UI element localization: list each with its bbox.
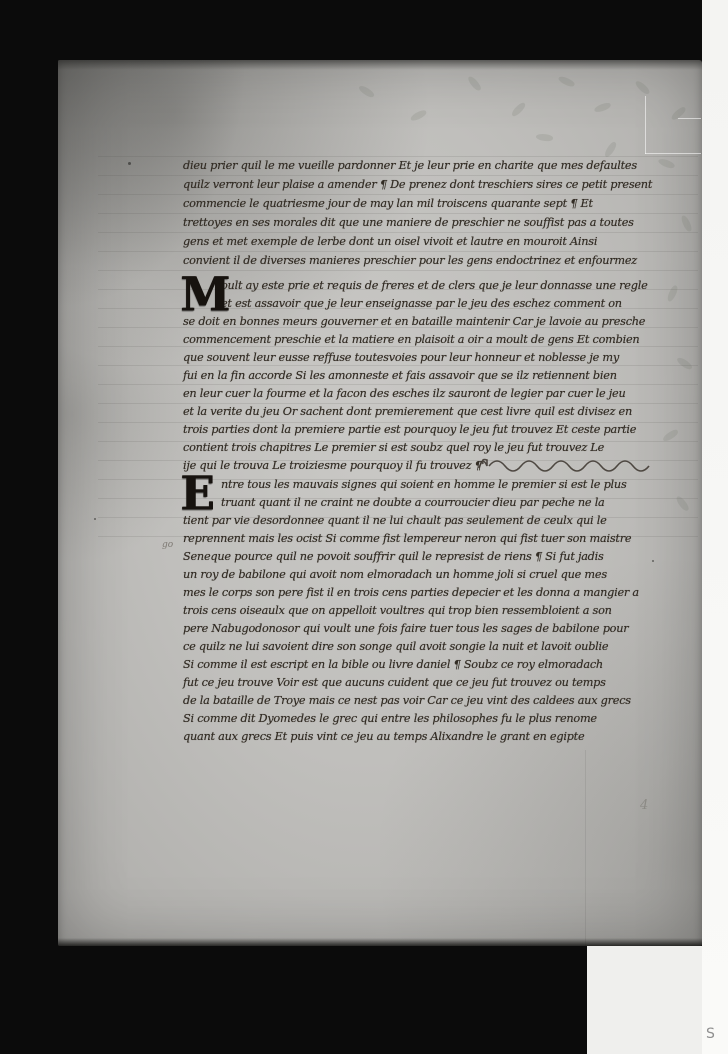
manuscript-line: commencement preschie et la matiere en p… — [183, 331, 688, 349]
manuscript-line: un roy de babilone qui avoit nom elmorad… — [183, 566, 688, 584]
manuscript-line: Seneque pource quil ne povoit souffrir q… — [183, 548, 688, 566]
manuscript-line: trois parties dont la premiere partie es… — [183, 421, 688, 439]
manuscript-line: ce quilz ne lui savoient dire son songe … — [183, 638, 688, 656]
manuscript-line: reprennent mais les ocist Si comme fist … — [183, 530, 688, 548]
fold-line — [585, 750, 586, 946]
manuscript-line: Si comme il est escript en la bible ou l… — [183, 656, 688, 674]
manuscript-line: ntre tous les mauvais signes qui soient … — [183, 476, 688, 494]
manuscript-line: que souvent leur eusse reffuse toutesvoi… — [183, 349, 688, 367]
ink-speck — [128, 162, 131, 165]
manuscript-line: quilz verront leur plaise a amender ¶ De… — [183, 175, 688, 194]
manuscript-line: dieu prier quil le me vueille pardonner … — [183, 156, 688, 175]
manuscript-line: Si comme dit Dyomedes le grec qui entre … — [183, 710, 688, 728]
manuscript-line: oult ay este prie et requis de freres et… — [183, 277, 688, 295]
line-filler-flourish — [475, 458, 663, 472]
manuscript-line: se doit en bonnes meurs gouverner et en … — [183, 313, 688, 331]
manuscript-line: de la bataille de Troye mais ce nest pas… — [183, 692, 688, 710]
corner-letter: S — [706, 1026, 715, 1042]
folio-number: 4 — [640, 798, 648, 813]
leaf-mark — [557, 74, 575, 89]
leaf-mark — [409, 109, 427, 122]
manuscript-line: tient par vie desordonnee quant il ne lu… — [183, 512, 688, 530]
manuscript-line: gens et met exemple de lerbe dont un ois… — [183, 232, 688, 251]
manuscript-line: pere Nabugodonosor qui voult une fois fa… — [183, 620, 688, 638]
manuscript-line: fui en la fin accorde Si les amonneste e… — [183, 367, 688, 385]
leaf-mark — [467, 75, 482, 93]
paragraph-2: M oult ay este prie et requis de freres … — [183, 277, 688, 475]
scanner-edge-strip — [702, 0, 728, 1054]
scratch-line — [645, 96, 646, 154]
manuscript-line: en leur cuer la fourme et la facon des e… — [183, 385, 688, 403]
manuscript-line: trois cens oiseaulx que on appelloit vou… — [183, 602, 688, 620]
decorated-initial-E: E — [180, 475, 214, 511]
manuscript-line: truant quant il ne craint ne doubte a co… — [183, 494, 688, 512]
leaf-mark — [593, 102, 611, 113]
leaf-mark — [535, 132, 553, 142]
leaf-mark — [358, 84, 376, 100]
manuscript-photo: dieu prier quil le me vueille pardonner … — [0, 0, 728, 1054]
manuscript-line: fut ce jeu trouve Voir est que aucuns cu… — [183, 674, 688, 692]
manuscript-line: et est assavoir que je leur enseignasse … — [183, 295, 688, 313]
leaf-mark — [510, 101, 528, 117]
decorated-initial-M: M — [180, 276, 230, 312]
paragraph-3: E ntre tous les mauvais signes qui soien… — [183, 476, 688, 746]
ink-speck — [94, 518, 96, 520]
manuscript-line: quant aux grecs Et puis vint ce jeu au t… — [183, 728, 688, 746]
manuscript-line: commencie le quatriesme jour de may lan … — [183, 194, 688, 213]
manuscript-line: contient trois chapitres Le premier si e… — [183, 439, 688, 457]
page-bottom-edge — [58, 938, 702, 946]
backing-sheet — [587, 946, 702, 1054]
paragraph-1: dieu prier quil le me vueille pardonner … — [183, 156, 688, 270]
manuscript-line: trettoyes en ses morales dit que une man… — [183, 213, 688, 232]
manuscript-line: convient il de diverses manieres preschi… — [183, 251, 688, 270]
manuscript-line: mes le corps son pere fist il en trois c… — [183, 584, 688, 602]
parchment-page: dieu prier quil le me vueille pardonner … — [58, 60, 702, 946]
scratch-line — [645, 153, 701, 154]
margin-note: go — [162, 540, 173, 550]
scratch-line — [678, 118, 701, 119]
manuscript-line: et la verite du jeu Or sachent dont prem… — [183, 403, 688, 421]
leaf-mark — [634, 79, 651, 96]
